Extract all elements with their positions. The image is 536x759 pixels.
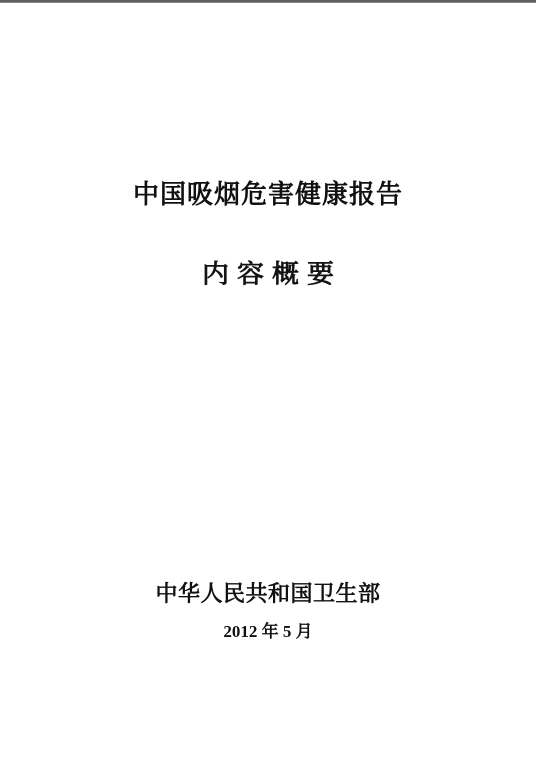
document-title: 中国吸烟危害健康报告 xyxy=(0,174,536,211)
document-subtitle: 内容概要 xyxy=(0,253,536,290)
document-date: 2012 年 5 月 xyxy=(0,617,536,642)
document-publisher: 中华人民共和国卫生部 xyxy=(0,577,536,608)
scan-edge-bar xyxy=(0,0,536,3)
document-cover-page: 中国吸烟危害健康报告 内容概要 中华人民共和国卫生部 2012 年 5 月 xyxy=(0,0,536,759)
